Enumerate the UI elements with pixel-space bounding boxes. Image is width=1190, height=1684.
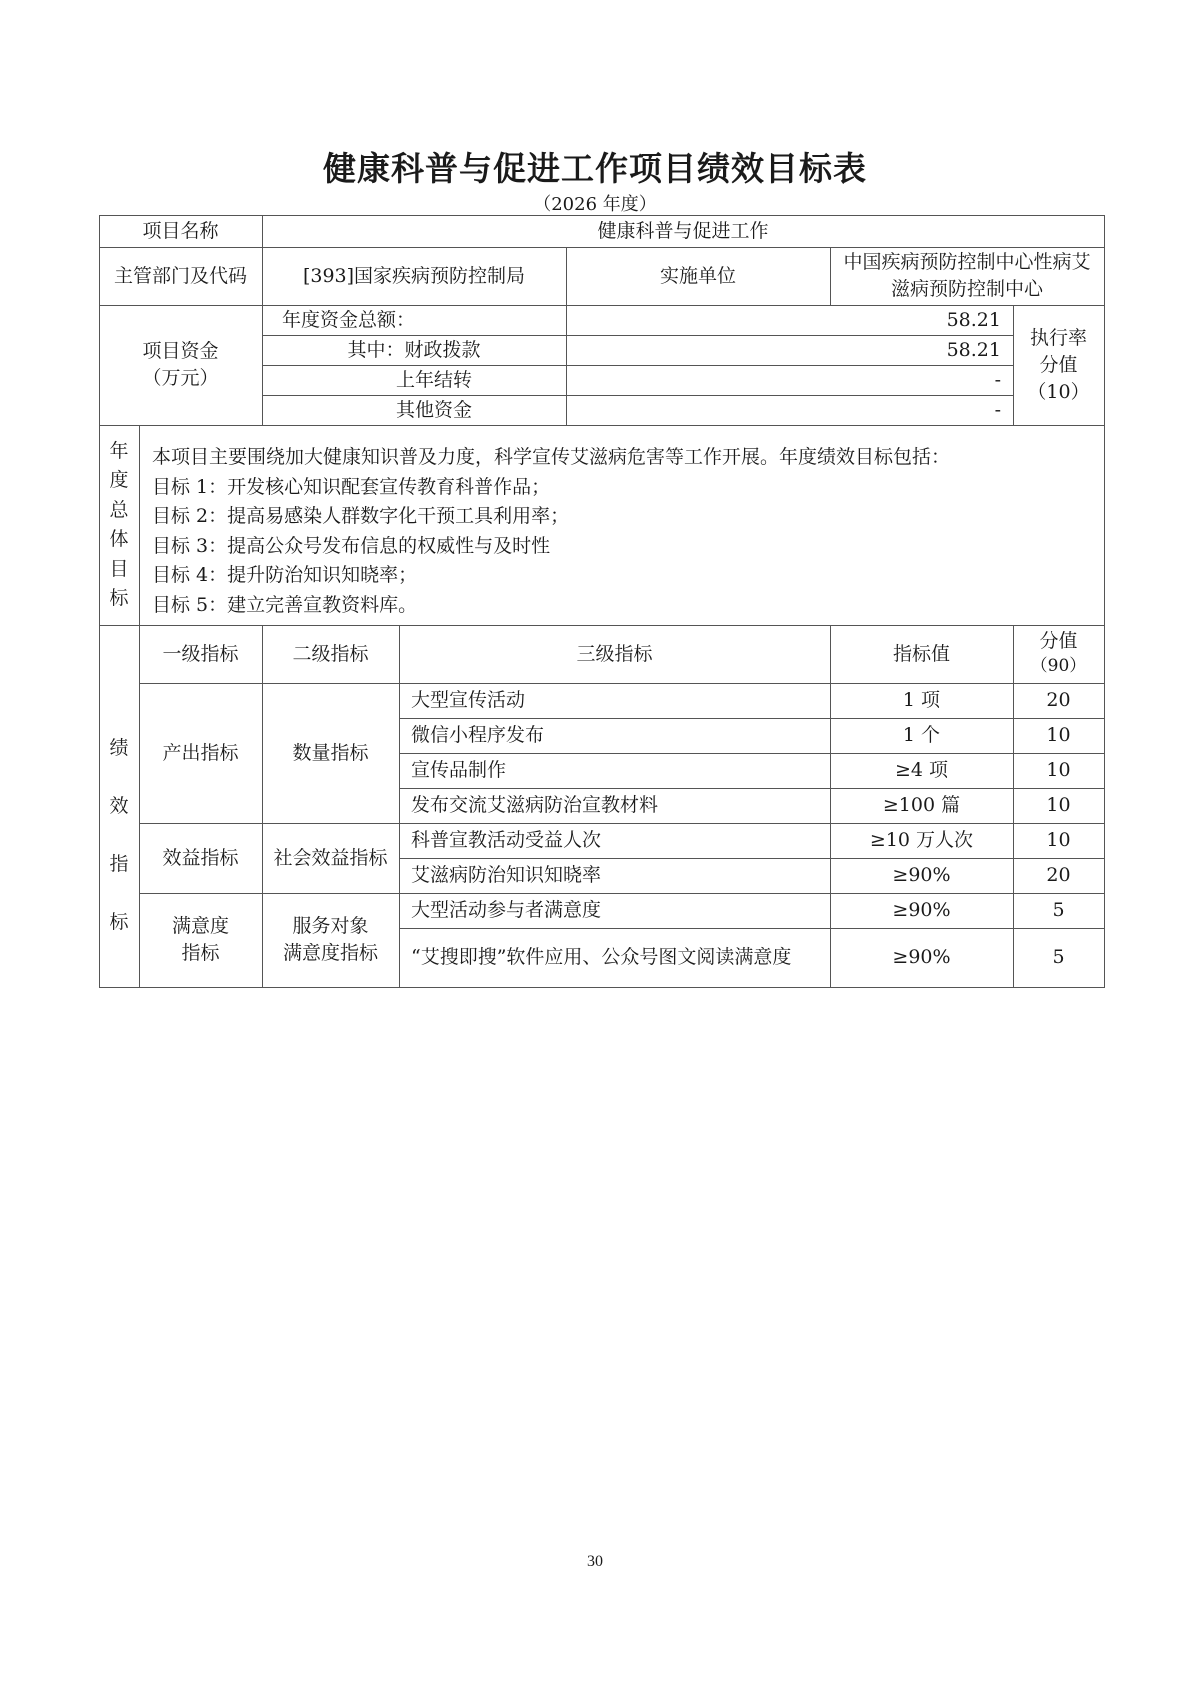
level3-indicator: 大型活动参与者满意度: [399, 893, 830, 928]
page-title: 健康科普与促进工作项目绩效目标表: [0, 143, 1190, 190]
funds-label: 项目资金 （万元）: [99, 305, 262, 425]
goals-label: 年 度 总 体 目 标: [99, 425, 139, 625]
indicator-score: 5: [1013, 928, 1104, 987]
level2-satisfaction-line: 满意度指标: [283, 940, 378, 967]
indicator-score: 10: [1013, 753, 1104, 788]
project-name-value: 健康科普与促进工作: [262, 215, 1104, 247]
project-name-label: 项目名称: [99, 215, 262, 247]
level1-satisfaction-line: 满意度: [172, 913, 229, 940]
level3-indicator: 大型宣传活动: [399, 683, 830, 718]
header-score: 分值 （90）: [1013, 625, 1104, 683]
indicator-value: ≥90%: [830, 893, 1013, 928]
header-level2: 二级指标: [262, 625, 399, 683]
header-level1: 一级指标: [139, 625, 262, 683]
execution-rate-score-label: 分值: [1039, 352, 1077, 379]
level3-indicator: 宣传品制作: [399, 753, 830, 788]
funds-row-value: -: [566, 365, 1013, 395]
indicator-score: 5: [1013, 893, 1104, 928]
funds-row-label: 年度资金总额：: [262, 305, 566, 335]
level2-social-benefit: 社会效益指标: [268, 823, 393, 893]
level1-output: 产出指标: [139, 683, 262, 823]
goal-item: 目标 4：提升防治知识知晓率；: [152, 561, 1092, 591]
impl-unit-value: 中国疾病预防控制中心性病艾滋病预防控制中心: [838, 247, 1096, 305]
goals-label-char: 度: [109, 466, 128, 496]
goal-item: 目标 1：开发核心知识配套宣传教育科普作品；: [152, 473, 1092, 503]
funds-row-value: 58.21: [566, 305, 1013, 335]
level3-indicator: 科普宣教活动受益人次: [399, 823, 830, 858]
level3-indicator: 艾滋病防治知识知晓率: [399, 858, 830, 893]
execution-rate-label: 执行率: [1030, 325, 1087, 352]
table-border-bottom: [99, 987, 1105, 988]
funds-row-label: 其中：财政拨款: [262, 335, 566, 365]
indicator-value: ≥90%: [830, 858, 1013, 893]
funds-label-line1: 项目资金: [142, 338, 218, 365]
level2-service-satisfaction: 服务对象 满意度指标: [262, 893, 399, 987]
goals-label-char: 总: [109, 496, 128, 526]
goal-item: 目标 3：提高公众号发布信息的权威性与及时性: [152, 532, 1092, 562]
indicators-label-char: 效: [109, 777, 128, 835]
level3-indicator: “艾搜即搜”软件应用、公众号图文阅读满意度: [399, 928, 830, 987]
goals-label-char: 目: [109, 555, 128, 585]
indicator-score: 10: [1013, 788, 1104, 823]
level1-benefit: 效益指标: [139, 823, 262, 893]
page-number: 30: [0, 1553, 1190, 1571]
header-value: 指标值: [830, 625, 1013, 683]
goal-item: 目标 2：提高易感染人群数字化干预工具利用率；: [152, 502, 1092, 532]
goals-label-char: 年: [109, 437, 128, 467]
goals-text: 本项目主要围绕加大健康知识普及力度，科学宣传艾滋病危害等工作开展。年度绩效目标包…: [152, 443, 1092, 620]
level2-quantity: 数量指标: [262, 683, 399, 823]
funds-row-label: 其他资金: [262, 395, 566, 425]
indicator-value: ≥4 项: [830, 753, 1013, 788]
indicator-value: ≥100 篇: [830, 788, 1013, 823]
funds-row-label: 上年结转: [262, 365, 566, 395]
execution-rate-score-value: （10）: [1027, 379, 1089, 406]
indicator-score: 20: [1013, 858, 1104, 893]
header-level3: 三级指标: [399, 625, 830, 683]
execution-rate-score: 执行率 分值 （10）: [1013, 305, 1104, 425]
header-score-total: （90）: [1031, 654, 1087, 679]
table-border-right: [1104, 215, 1105, 988]
level2-satisfaction-line: 服务对象: [292, 913, 368, 940]
indicators-label-char: 指: [109, 835, 128, 893]
indicator-value: ≥10 万人次: [830, 823, 1013, 858]
indicator-value: 1 个: [830, 718, 1013, 753]
goals-intro: 本项目主要围绕加大健康知识普及力度，科学宣传艾滋病危害等工作开展。年度绩效目标包…: [152, 443, 1092, 473]
level3-indicator: 发布交流艾滋病防治宣教材料: [399, 788, 830, 823]
indicator-score: 20: [1013, 683, 1104, 718]
indicator-score: 10: [1013, 718, 1104, 753]
indicator-value: 1 项: [830, 683, 1013, 718]
level1-satisfaction: 满意度 指标: [139, 893, 262, 987]
goals-label-char: 标: [109, 584, 128, 614]
dept-value: [393]国家疾病预防控制局: [262, 247, 566, 305]
funds-row-value: -: [566, 395, 1013, 425]
funds-label-line2: （万元）: [142, 365, 218, 392]
header-score-label: 分值: [1039, 629, 1077, 654]
page-subtitle: （2026 年度）: [0, 190, 1190, 216]
indicators-label: 绩 效 指 标: [99, 683, 139, 987]
level3-indicator: 微信小程序发布: [399, 718, 830, 753]
goal-item: 目标 5：建立完善宣教资料库。: [152, 591, 1092, 621]
indicators-label-char: 标: [109, 893, 128, 951]
funds-row-value: 58.21: [566, 335, 1013, 365]
dept-label: 主管部门及代码: [105, 247, 256, 305]
goals-label-char: 体: [109, 525, 128, 555]
impl-unit-label: 实施单位: [566, 247, 830, 305]
table-divider: [99, 425, 1105, 426]
indicators-label-char: 绩: [109, 719, 128, 777]
level1-satisfaction-line: 指标: [181, 940, 219, 967]
indicator-value: ≥90%: [830, 928, 1013, 987]
indicator-score: 10: [1013, 823, 1104, 858]
table-divider: [830, 247, 831, 305]
